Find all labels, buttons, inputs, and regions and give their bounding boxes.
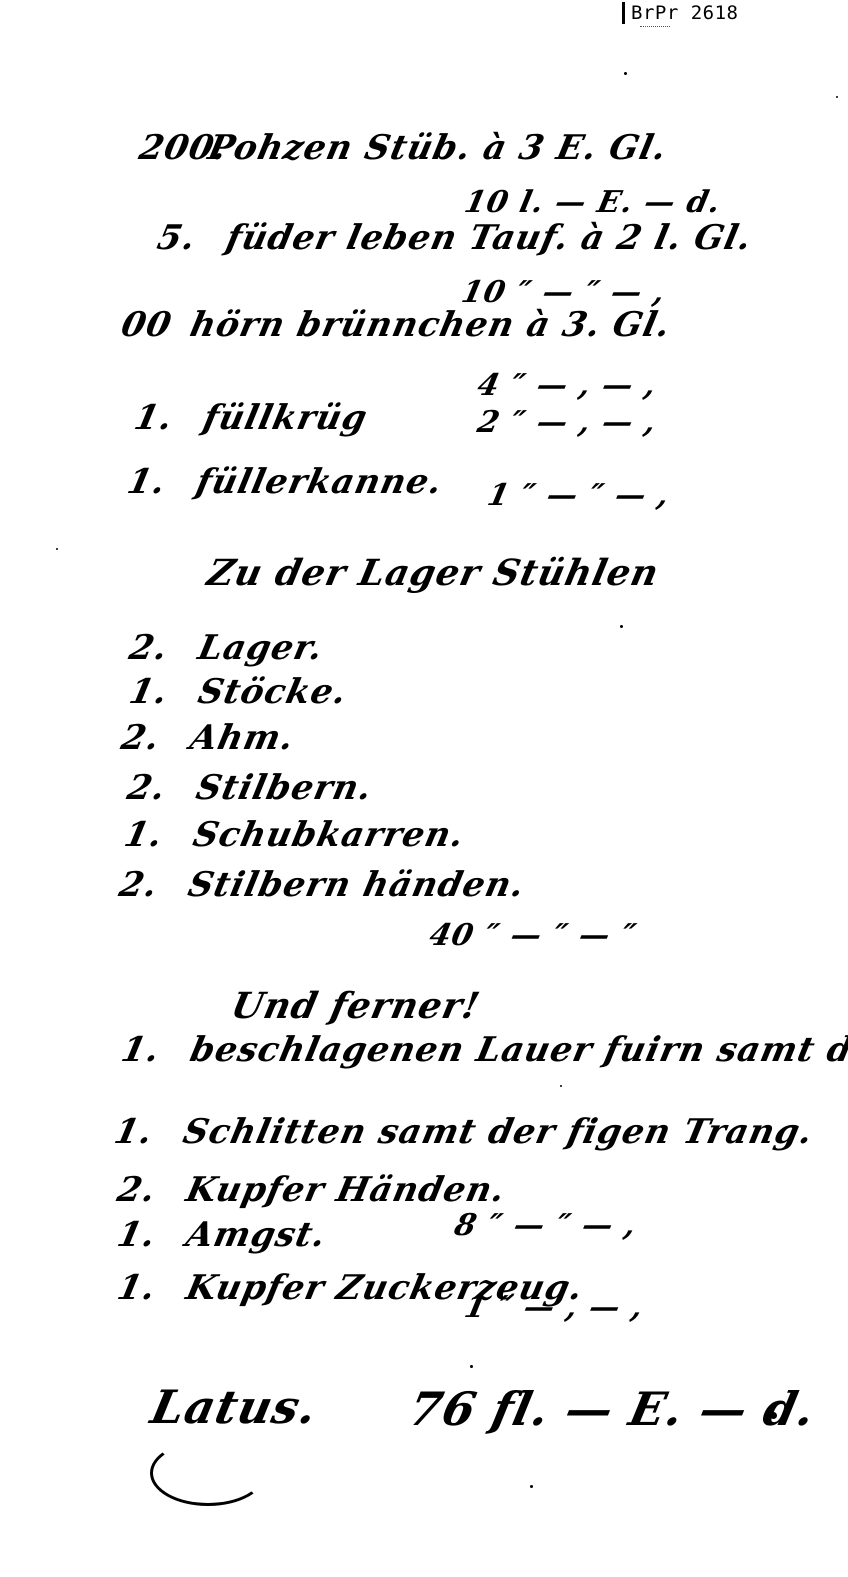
latus-flourish [150,1440,266,1506]
entry-line-1: 200. Pohzen Stüb. à 3 E. Gl. [136,128,671,168]
total-label: Latus. [146,1380,322,1434]
entry-line-2: 5. füder leben Tauf. à 2 l. Gl. [154,218,756,258]
scanned-document-page: BrPr 2618 200. Pohzen Stüb. à 3 E. Gl. 1… [0,0,848,1577]
entry-line-4: 1. füllkrüg [131,398,372,438]
entry-amount-3: 4 ″ — , — , [474,368,660,403]
archive-reference-stamp: BrPr 2618 [622,2,738,24]
scan-speck [470,1365,473,1368]
entry-amount-1: 10 l. — E. — d. [461,185,724,220]
stamp-underline-dots [640,26,670,27]
second-item-2: 1. Schlitten samt der figen Trang. [111,1112,817,1152]
entry-line-3: 00 hörn brünnchen à 3. Gl. [118,305,675,345]
second-heading: Und ferner! [228,985,484,1027]
second-item-4: 1. Amgst. [114,1215,330,1255]
section-item-2: 1. Stöcke. [126,672,351,712]
second-item-3: 2. Kupfer Händen. [114,1170,509,1210]
section-item-3: 2. Ahm. [118,718,298,758]
scan-speck [530,1485,533,1488]
scan-speck [560,1085,562,1087]
second-item-4-amount: 8 ″ — ″ — , [451,1208,640,1243]
scan-speck [620,625,623,628]
total-amount: 76 fl. — E. — d. [404,1382,820,1436]
section-amount: 40 ″ — ″ — ″ [426,918,640,953]
section-heading: Zu der Lager Stühlen [204,552,663,594]
entry-amount-4: 2 ″ — , — , [474,405,660,440]
entry-line-5: 1. füllerkanne. [124,462,447,502]
scan-speck [56,548,58,550]
section-item-1: 2. Lager. [126,628,327,668]
second-item-5-amount: 1 ″ — , — , [461,1290,647,1325]
section-item-5: 1. Schubkarren. [121,815,468,855]
section-item-6: 2. Stilbern händen. [116,865,529,905]
scan-speck [624,72,627,75]
second-item-1: 1. beschlagenen Lauer fuirn samt der Rol… [118,1030,848,1070]
scan-speck [770,1412,777,1419]
section-item-4: 2. Stilbern. [124,768,376,808]
scan-speck [836,96,838,98]
entry-amount-5: 1 ″ — ″ — , [484,478,673,513]
